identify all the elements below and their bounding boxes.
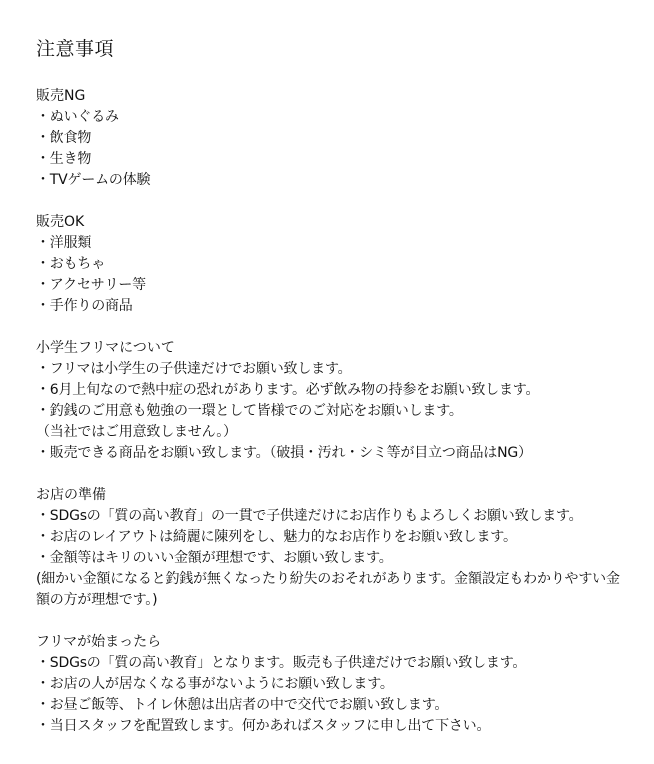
list-item: ・お昼ご飯等、トイレ休憩は出店者の中で交代でお願い致します。 <box>36 695 636 716</box>
section-about-flea-market: 小学生フリマについて ・フリマは小学生の子供達だけでお願い致します。 ・6月上旬… <box>36 338 636 464</box>
list-item-note: (細かい金額になると釣銭が無くなったり紛失のおそれがあります。金額設定もわかりや… <box>36 569 632 611</box>
list-item: ・6月上旬なので熱中症の恐れがあります。必ず飲み物の持参をお願い致します。 <box>36 380 636 401</box>
list-item: ・釣銭のご用意も勉強の一環として皆様でのご対応をお願いします。 <box>36 401 636 422</box>
section-heading: 販売OK <box>36 212 636 233</box>
section-heading: 小学生フリマについて <box>36 338 636 359</box>
section-sale-ok: 販売OK ・洋服類 ・おもちゃ ・アクセサリー等 ・手作りの商品 <box>36 212 636 317</box>
list-item: ・おもちゃ <box>36 254 636 275</box>
list-item: ・手作りの商品 <box>36 296 636 317</box>
list-item: ・フリマは小学生の子供達だけでお願い致します。 <box>36 359 636 380</box>
list-item: ・アクセサリー等 <box>36 275 636 296</box>
list-item-note: （当社ではご用意致しません。） <box>36 422 636 443</box>
section-heading: お店の準備 <box>36 485 636 506</box>
list-item: ・ぬいぐるみ <box>36 107 636 128</box>
list-item: ・当日スタッフを配置致します。何かあればスタッフに申し出て下さい。 <box>36 716 636 737</box>
document-title: 注意事項 <box>36 36 636 62</box>
list-item: ・お店のレイアウトは綺麗に陳列をし、魅力的なお店作りをお願い致します。 <box>36 527 636 548</box>
list-item: ・販売できる商品をお願い致します。（破損・汚れ・シミ等が目立つ商品はNG） <box>36 443 636 464</box>
list-item: ・金額等はキリのいい金額が理想です、お願い致します。 <box>36 548 636 569</box>
list-item: ・飲食物 <box>36 128 636 149</box>
section-shop-preparation: お店の準備 ・SDGsの「質の高い教育」の一貫で子供達だけにお店作りもよろしくお… <box>36 485 636 611</box>
list-item: ・生き物 <box>36 149 636 170</box>
section-heading: 販売NG <box>36 86 636 107</box>
list-item: ・SDGsの「質の高い教育」の一貫で子供達だけにお店作りもよろしくお願い致します… <box>36 506 636 527</box>
list-item: ・お店の人が居なくなる事がないようにお願い致します。 <box>36 674 636 695</box>
section-sale-ng: 販売NG ・ぬいぐるみ ・飲食物 ・生き物 ・TVゲームの体験 <box>36 86 636 191</box>
list-item: ・SDGsの「質の高い教育」となります。販売も子供達だけでお願い致します。 <box>36 653 636 674</box>
list-item: ・TVゲームの体験 <box>36 170 636 191</box>
list-item: ・洋服類 <box>36 233 636 254</box>
section-when-market-starts: フリマが始まったら ・SDGsの「質の高い教育」となります。販売も子供達だけでお… <box>36 632 636 737</box>
section-heading: フリマが始まったら <box>36 632 636 653</box>
notice-document: 注意事項 販売NG ・ぬいぐるみ ・飲食物 ・生き物 ・TVゲームの体験 販売O… <box>36 36 636 758</box>
